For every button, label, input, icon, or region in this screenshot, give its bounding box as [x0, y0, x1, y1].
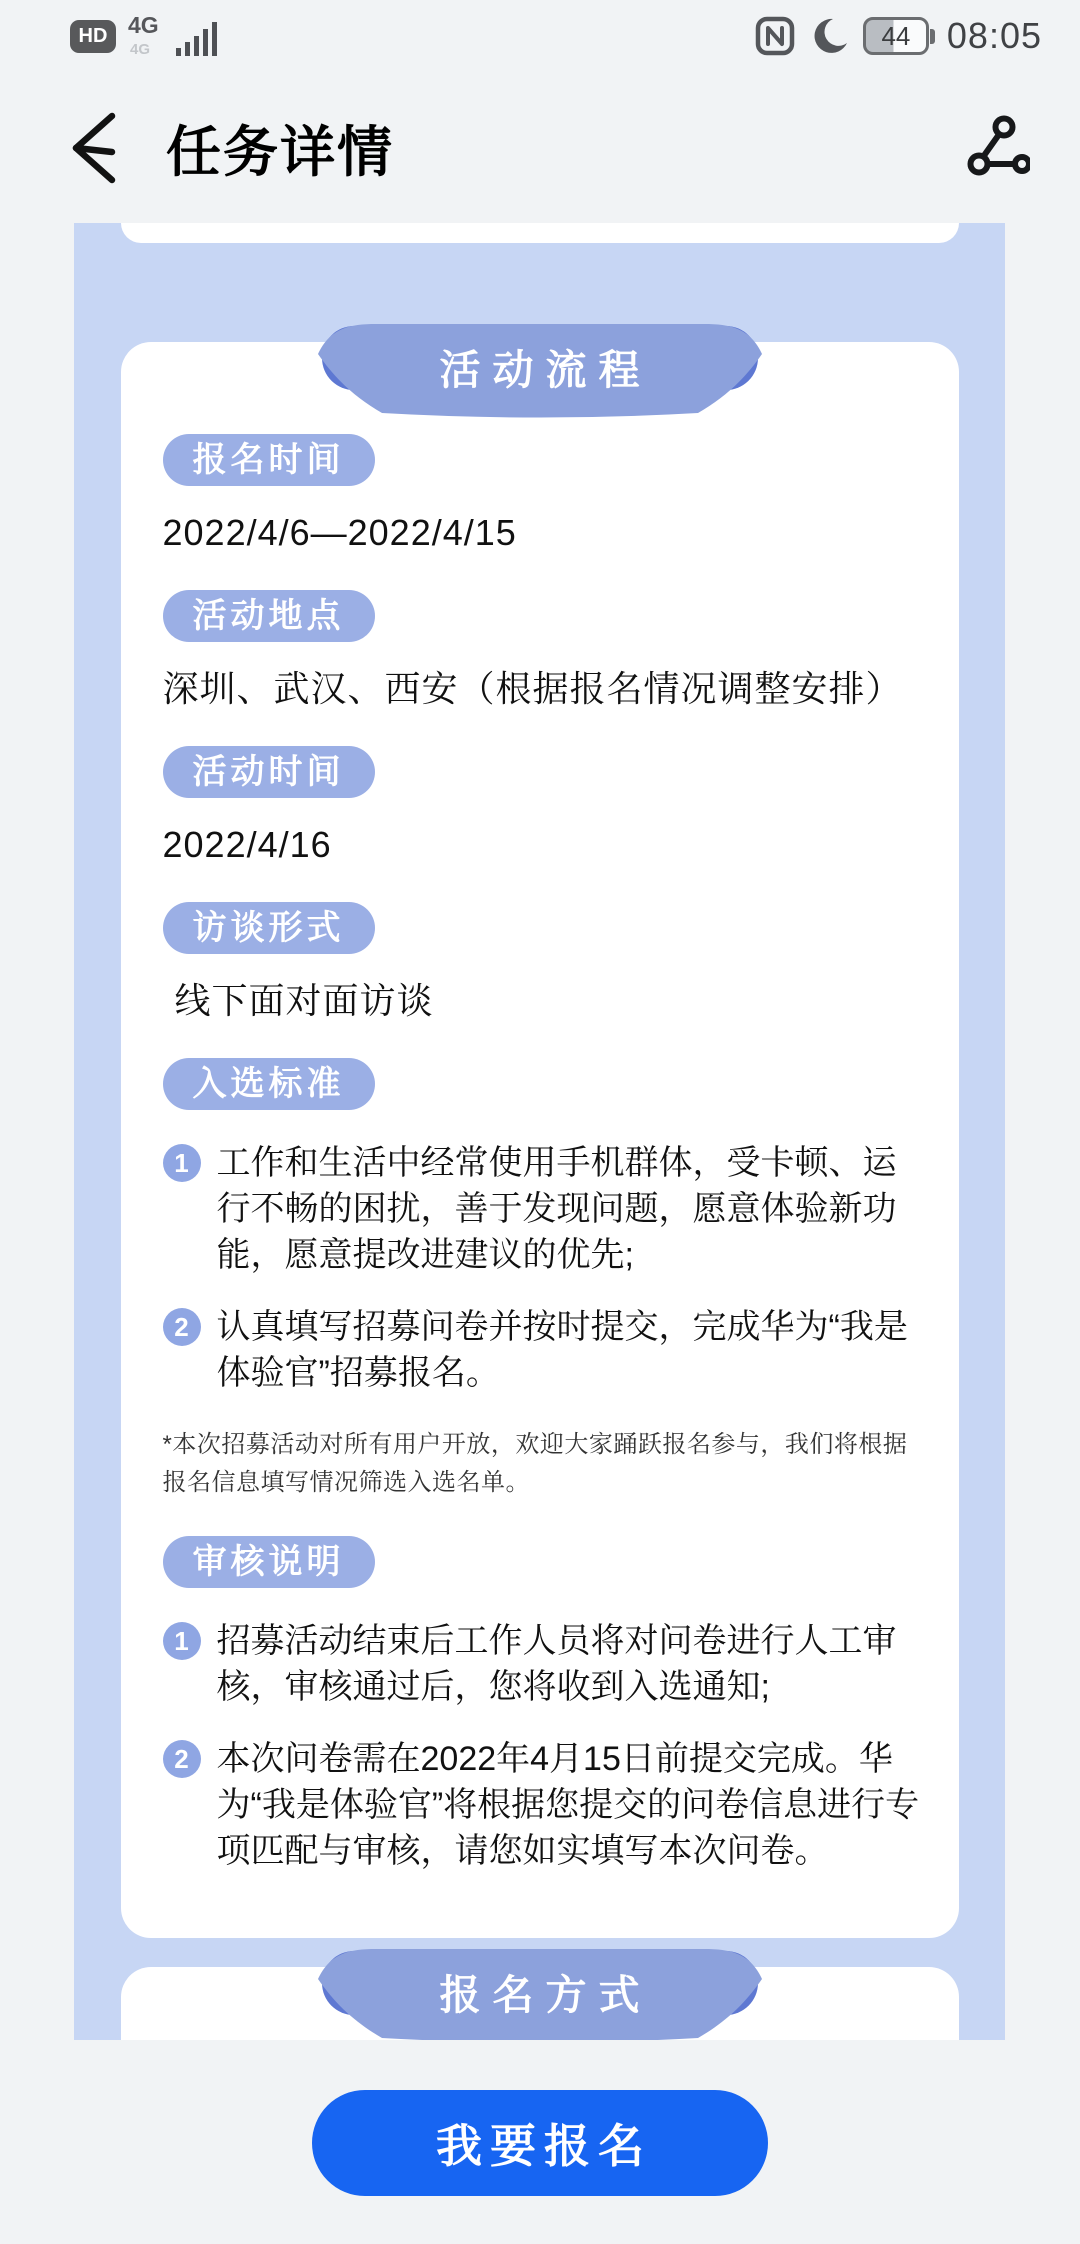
label-pill-selection-criteria: 入选标准	[163, 1058, 375, 1110]
ribbon-activity-process: 活动流程	[314, 320, 766, 420]
ribbon-title: 活动流程	[314, 337, 766, 396]
activity-process-card: 报名时间 2022/4/6—2022/4/15 活动地点 深圳、武汉、西安（根据…	[121, 342, 959, 1938]
previous-card-bottom	[121, 223, 959, 243]
label-pill-activity-time: 活动时间	[163, 746, 375, 798]
network-type-sub-label: 4G	[130, 41, 150, 58]
review-item: 2 本次问卷需在2022年4月15日前提交完成。华为“我是体验官”将根据您提交的…	[163, 1736, 921, 1874]
task-detail-poster: 活动流程 报名时间 2022/4/6—2022/4/15 活动地点 深圳、武汉、…	[74, 223, 1005, 2040]
signup-time-value: 2022/4/6—2022/4/15	[163, 510, 921, 556]
review-item-text: 本次问卷需在2022年4月15日前提交完成。华为“我是体验官”将根据您提交的问卷…	[217, 1736, 921, 1874]
status-bar: HD 4G 4G 44 08:05	[0, 0, 1080, 58]
number-badge: 1	[163, 1622, 201, 1660]
number-badge: 1	[163, 1144, 201, 1182]
page-title: 任务详情	[166, 108, 394, 187]
signup-method-section: 报名方式	[121, 1967, 959, 2040]
review-item: 1 招募活动结束后工作人员将对问卷进行人工审核，审核通过后，您将收到入选通知;	[163, 1618, 921, 1710]
criteria-item: 2 认真填写招募问卷并按时提交，完成华为“我是体验官”招募报名。	[163, 1304, 921, 1396]
header: 任务详情	[0, 58, 1080, 208]
number-badge: 2	[163, 1740, 201, 1778]
criteria-item-text: 认真填写招募问卷并按时提交，完成华为“我是体验官”招募报名。	[217, 1304, 921, 1396]
signal-bars-icon	[176, 20, 220, 56]
review-item-text: 招募活动结束后工作人员将对问卷进行人工审核，审核通过后，您将收到入选通知;	[217, 1618, 921, 1710]
ribbon-signup-method: 报名方式	[314, 1945, 766, 2040]
interview-format-value: 线下面对面访谈	[163, 978, 921, 1024]
criteria-item: 1 工作和生活中经常使用手机群体，受卡顿、运行不畅的困扰，善于发现问题，愿意体验…	[163, 1140, 921, 1278]
number-badge: 2	[163, 1308, 201, 1346]
activity-process-section: 活动流程 报名时间 2022/4/6—2022/4/15 活动地点 深圳、武汉、…	[121, 342, 959, 1938]
battery-percent: 44	[881, 21, 910, 52]
criteria-item-text: 工作和生活中经常使用手机群体，受卡顿、运行不畅的困扰，善于发现问题，愿意体验新功…	[217, 1140, 921, 1278]
back-arrow-icon[interactable]	[62, 106, 120, 188]
criteria-footnote: *本次招募活动对所有用户开放，欢迎大家踊跃报名参与，我们将根据报名信息填写情况筛…	[163, 1426, 921, 1502]
label-pill-review-notes: 审核说明	[163, 1536, 375, 1588]
do-not-disturb-moon-icon	[809, 16, 849, 56]
ribbon-title: 报名方式	[314, 1962, 766, 2021]
label-pill-interview-format: 访谈形式	[163, 902, 375, 954]
label-pill-activity-location: 活动地点	[163, 590, 375, 642]
nfc-icon	[755, 16, 795, 56]
network-type-label: 4G	[128, 12, 159, 39]
hd-icon: HD	[70, 20, 116, 53]
signup-cta-button[interactable]: 我要报名	[312, 2090, 768, 2196]
clock-time: 08:05	[947, 15, 1042, 57]
activity-time-value: 2022/4/16	[163, 822, 921, 868]
battery-icon: 44	[863, 17, 929, 55]
label-pill-signup-time: 报名时间	[163, 434, 375, 486]
share-icon[interactable]	[964, 115, 1030, 179]
activity-location-value: 深圳、武汉、西安（根据报名情况调整安排）	[163, 666, 921, 712]
signal-strength-icon: 4G 4G	[128, 14, 220, 58]
